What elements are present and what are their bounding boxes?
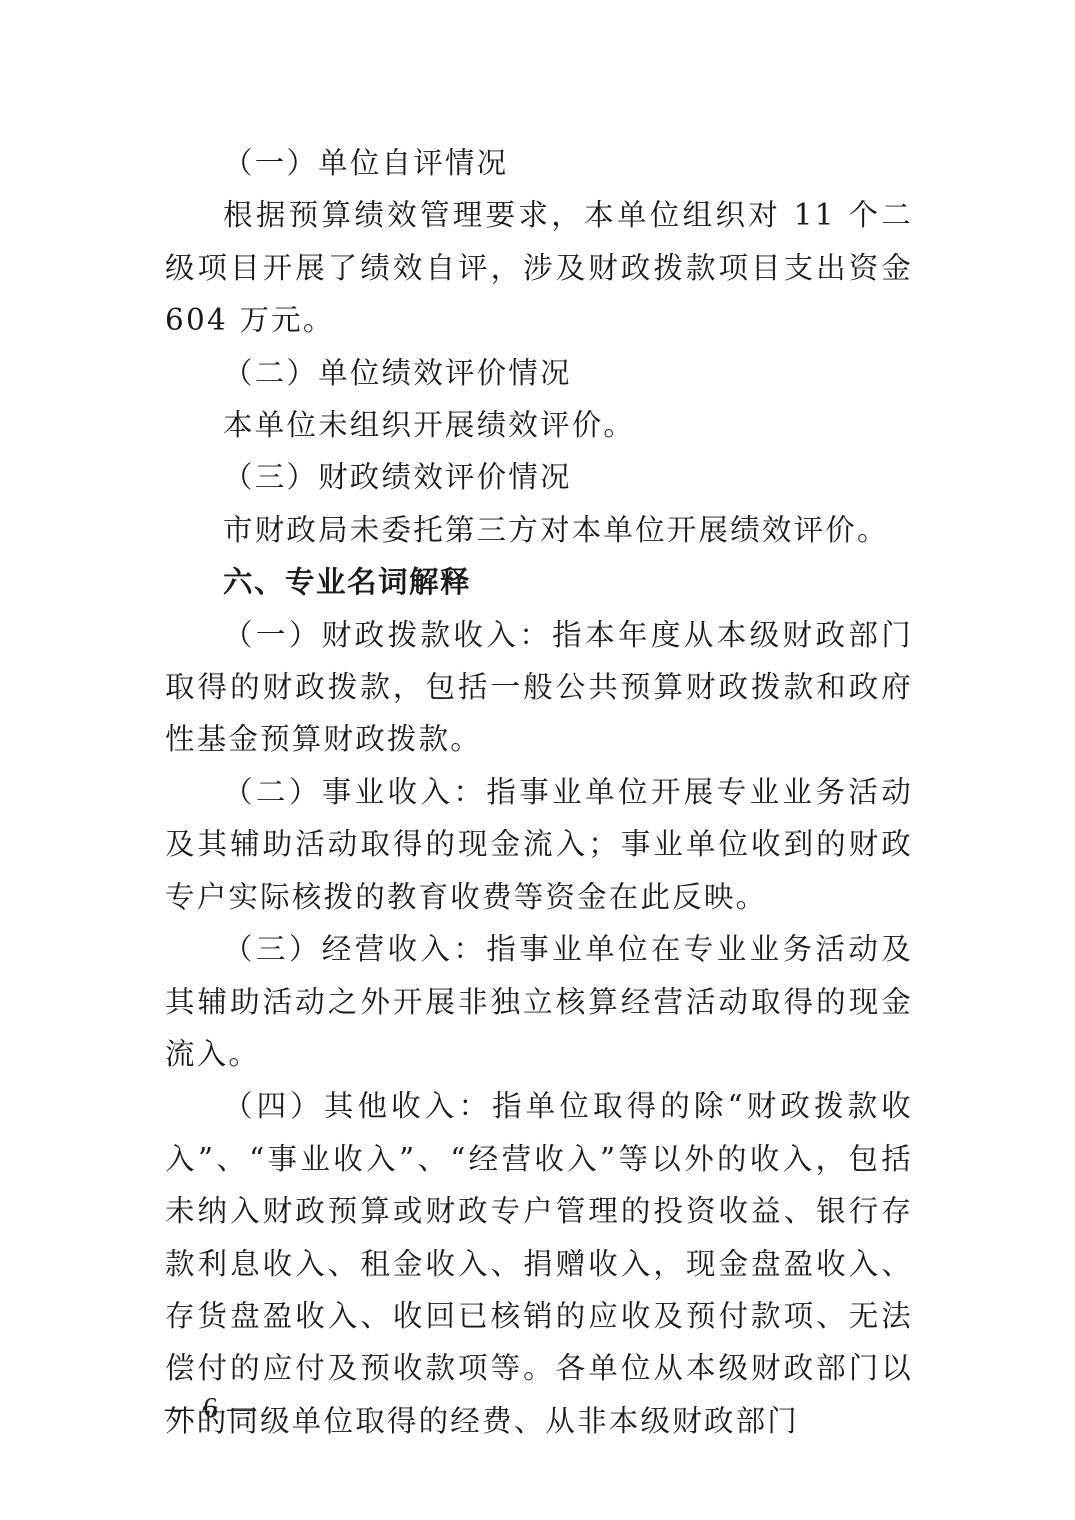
paragraph-business-income: （二）事业收入：指事业单位开展专业业务活动及其辅助活动取得的现金流入；事业单位收… — [165, 766, 913, 923]
paragraph-fiscal-performance-detail: 市财政局未委托第三方对本单位开展绩效评价。 — [165, 504, 913, 556]
paragraph-operating-income: （三）经营收入：指事业单位在专业业务活动及其辅助活动之外开展非独立核算经营活动取… — [165, 923, 913, 1080]
paragraph-self-evaluation-detail: 根据预算绩效管理要求，本单位组织对 11 个二级项目开展了绩效自评，涉及财政拨款… — [165, 189, 913, 346]
section-heading-terminology: 六、专业名词解释 — [165, 556, 913, 608]
paragraph-fiscal-appropriation-income: （一）财政拨款收入：指本年度从本级财政部门取得的财政拨款，包括一般公共预算财政拨… — [165, 609, 913, 766]
page-number: — 6 — — [165, 1392, 257, 1425]
subheading-fiscal-performance-evaluation: （三）财政绩效评价情况 — [165, 451, 913, 503]
document-page: （一）单位自评情况 根据预算绩效管理要求，本单位组织对 11 个二级项目开展了绩… — [165, 137, 913, 1447]
paragraph-unit-performance-detail: 本单位未组织开展绩效评价。 — [165, 399, 913, 451]
paragraph-other-income: （四）其他收入：指单位取得的除“财政拨款收入”、“事业收入”、“经营收入”等以外… — [165, 1080, 913, 1447]
subheading-unit-performance-evaluation: （二）单位绩效评价情况 — [165, 347, 913, 399]
subheading-unit-self-evaluation: （一）单位自评情况 — [165, 137, 913, 189]
